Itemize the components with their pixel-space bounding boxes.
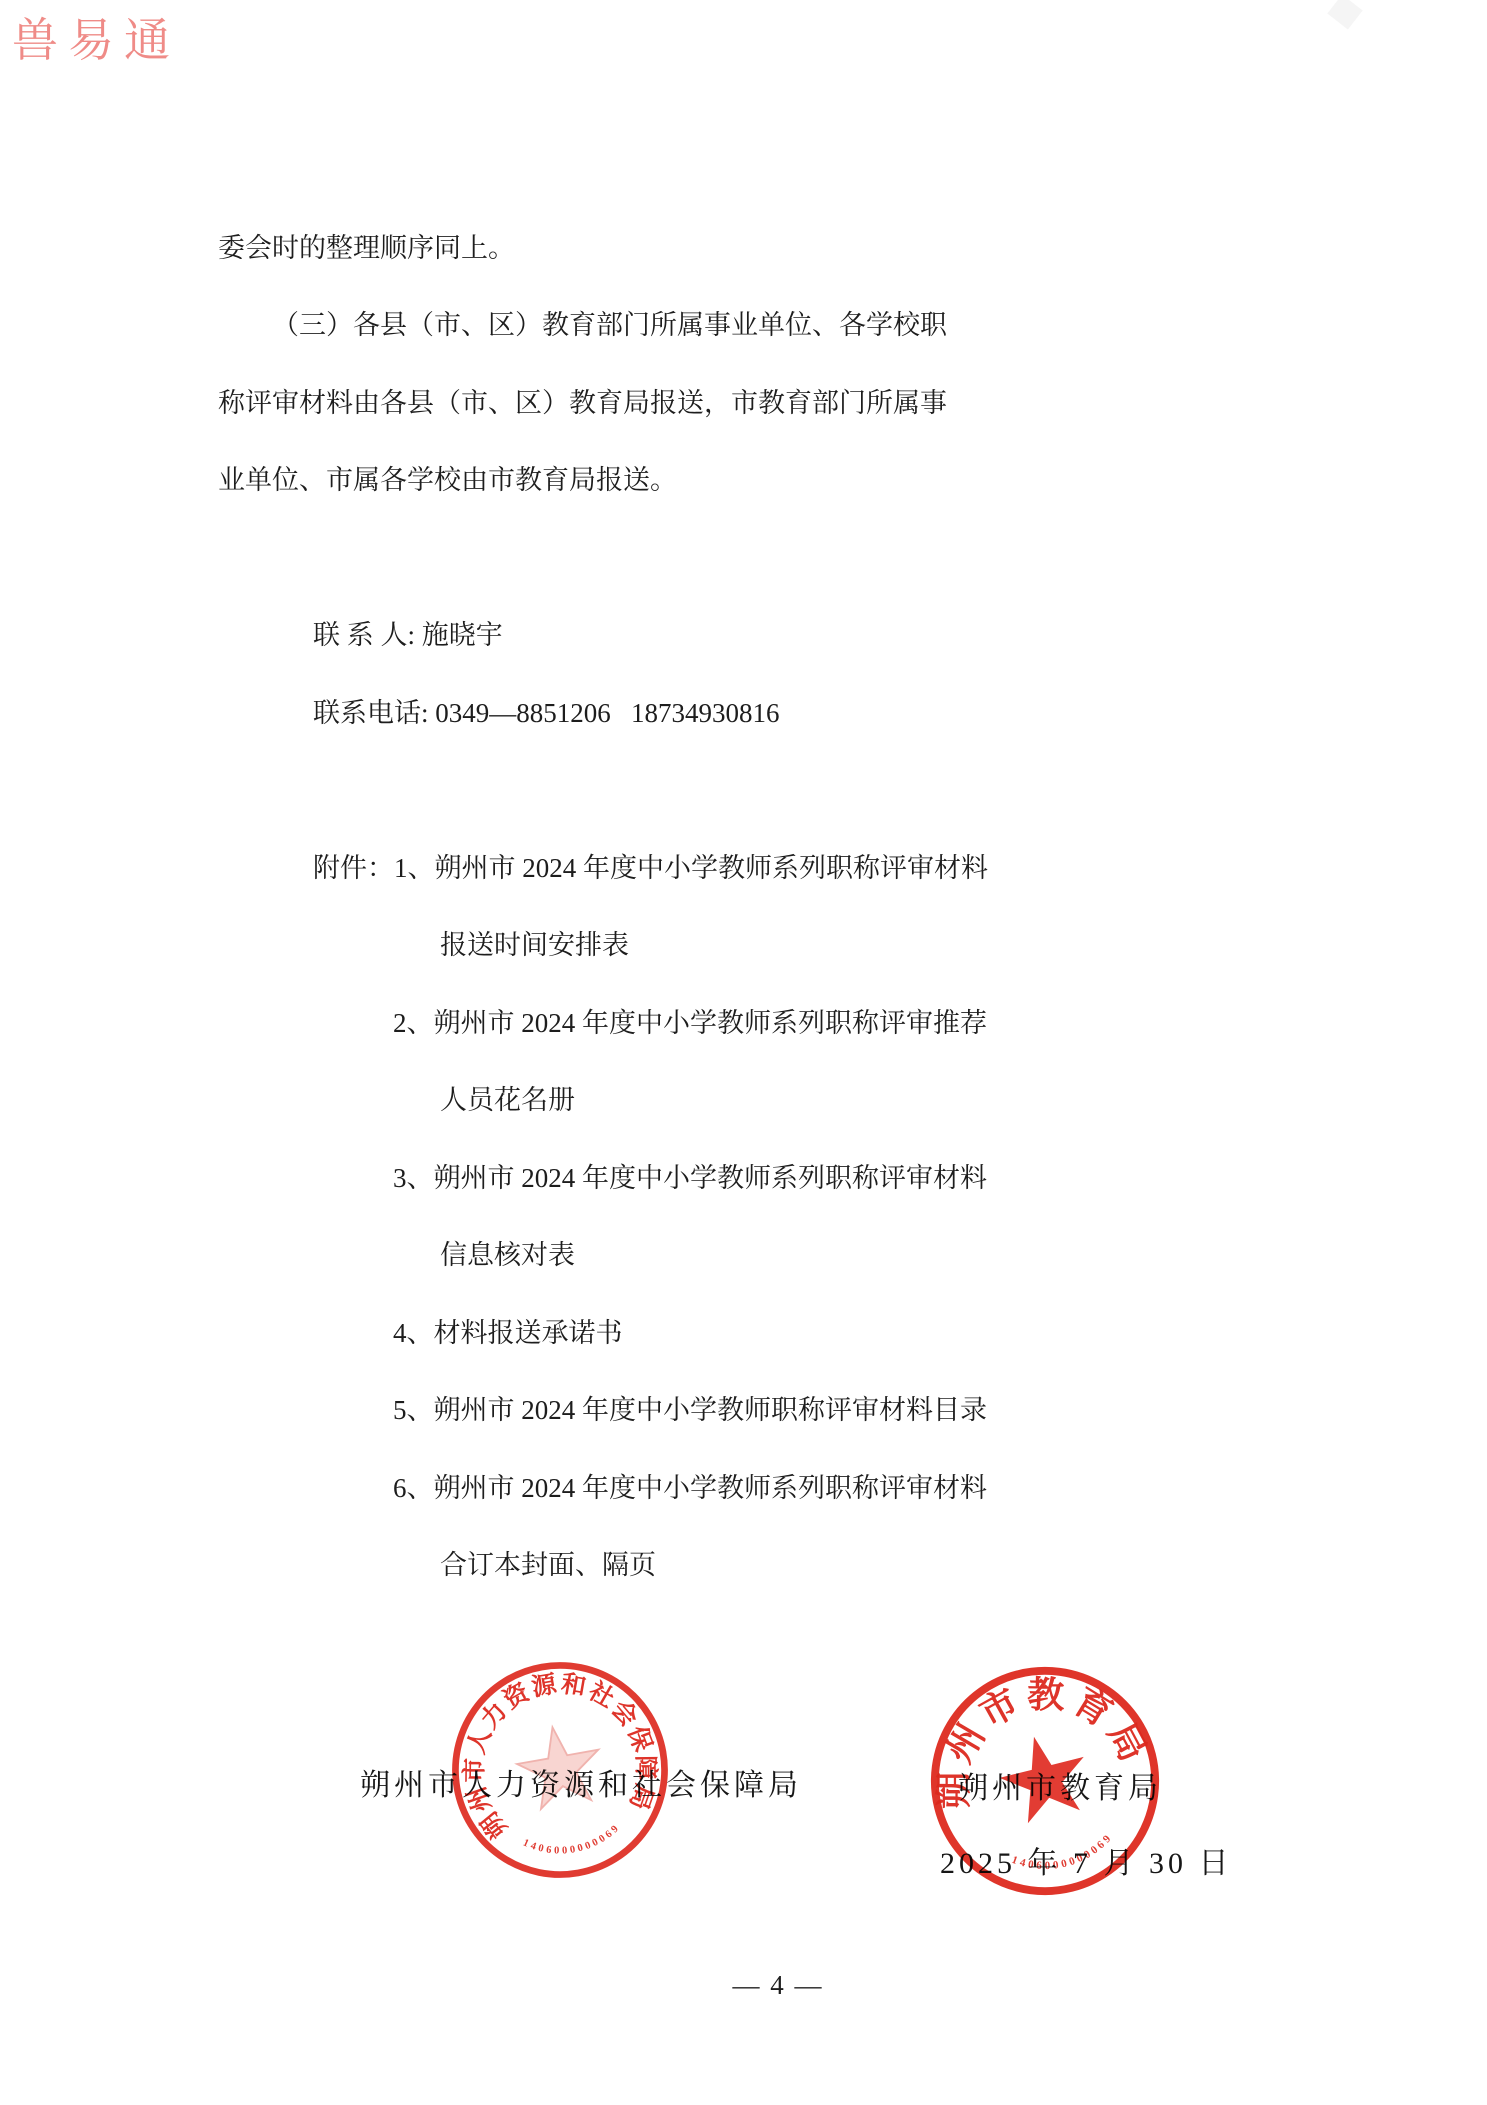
attachment-item-4-line-1: 4、材料报送承诺书 bbox=[393, 1313, 623, 1353]
document-page: 兽易通 委会时的整理顺序同上。 （三）各县（市、区）教育部门所属事业单位、各学校… bbox=[0, 0, 1487, 2105]
body-line-1: 委会时的整理顺序同上。 bbox=[218, 228, 515, 268]
stamp-inner-smear: 朔州市人力资源 bbox=[494, 1716, 686, 1924]
body-line-2: （三）各县（市、区）教育部门所属事业单位、各学校职 bbox=[272, 305, 947, 345]
attachment-1-title: 1、朔州市 2024 年度中小学教师系列职称评审材料 bbox=[394, 853, 988, 883]
watermark-text: 兽易通 bbox=[12, 4, 180, 70]
body-line-4: 业单位、市属各学校由市教育局报送。 bbox=[218, 460, 677, 500]
attachments-label: 附件： bbox=[313, 853, 394, 883]
contact-phone-line: 联系电话: 0349—8851206 18734930816 bbox=[313, 693, 780, 733]
attachment-item-1-line-2: 报送时间安排表 bbox=[440, 925, 629, 965]
left-official-stamp: 朔州市人力资源 朔州市人力资源和社会保障局 1406000000069 bbox=[422, 1595, 697, 1945]
scan-artifact bbox=[1327, 0, 1362, 29]
contact-person-line: 联 系 人: 施晓宇 bbox=[313, 615, 503, 655]
attachment-item-2-line-2: 人员花名册 bbox=[440, 1080, 575, 1120]
attachment-item-1-line-1: 附件：1、朔州市 2024 年度中小学教师系列职称评审材料 bbox=[313, 848, 988, 888]
stamp-serial-number: 1406000000069 bbox=[520, 1821, 626, 1865]
body-line-3: 称评审材料由各县（市、区）教育局报送，市教育部门所属事 bbox=[218, 383, 947, 423]
attachment-item-6-line-1: 6、朔州市 2024 年度中小学教师系列职称评审材料 bbox=[393, 1468, 987, 1508]
attachment-item-6-line-2: 合订本封面、隔页 bbox=[440, 1545, 656, 1585]
stamp-star-icon bbox=[992, 1726, 1096, 1827]
svg-text:1406000000069: 1406000000069 bbox=[520, 1821, 626, 1865]
attachment-item-3-line-1: 3、朔州市 2024 年度中小学教师系列职称评审材料 bbox=[393, 1158, 987, 1198]
right-official-stamp: 朔州市教育局 1406000000069 bbox=[893, 1600, 1198, 1962]
attachment-item-5-line-1: 5、朔州市 2024 年度中小学教师职称评审材料目录 bbox=[393, 1390, 987, 1430]
attachment-item-2-line-1: 2、朔州市 2024 年度中小学教师系列职称评审推荐 bbox=[393, 1003, 987, 1043]
page-number: — 4 — bbox=[718, 1970, 838, 2001]
attachment-item-3-line-2: 信息核对表 bbox=[440, 1235, 575, 1275]
stamp-star-icon bbox=[512, 1720, 607, 1811]
